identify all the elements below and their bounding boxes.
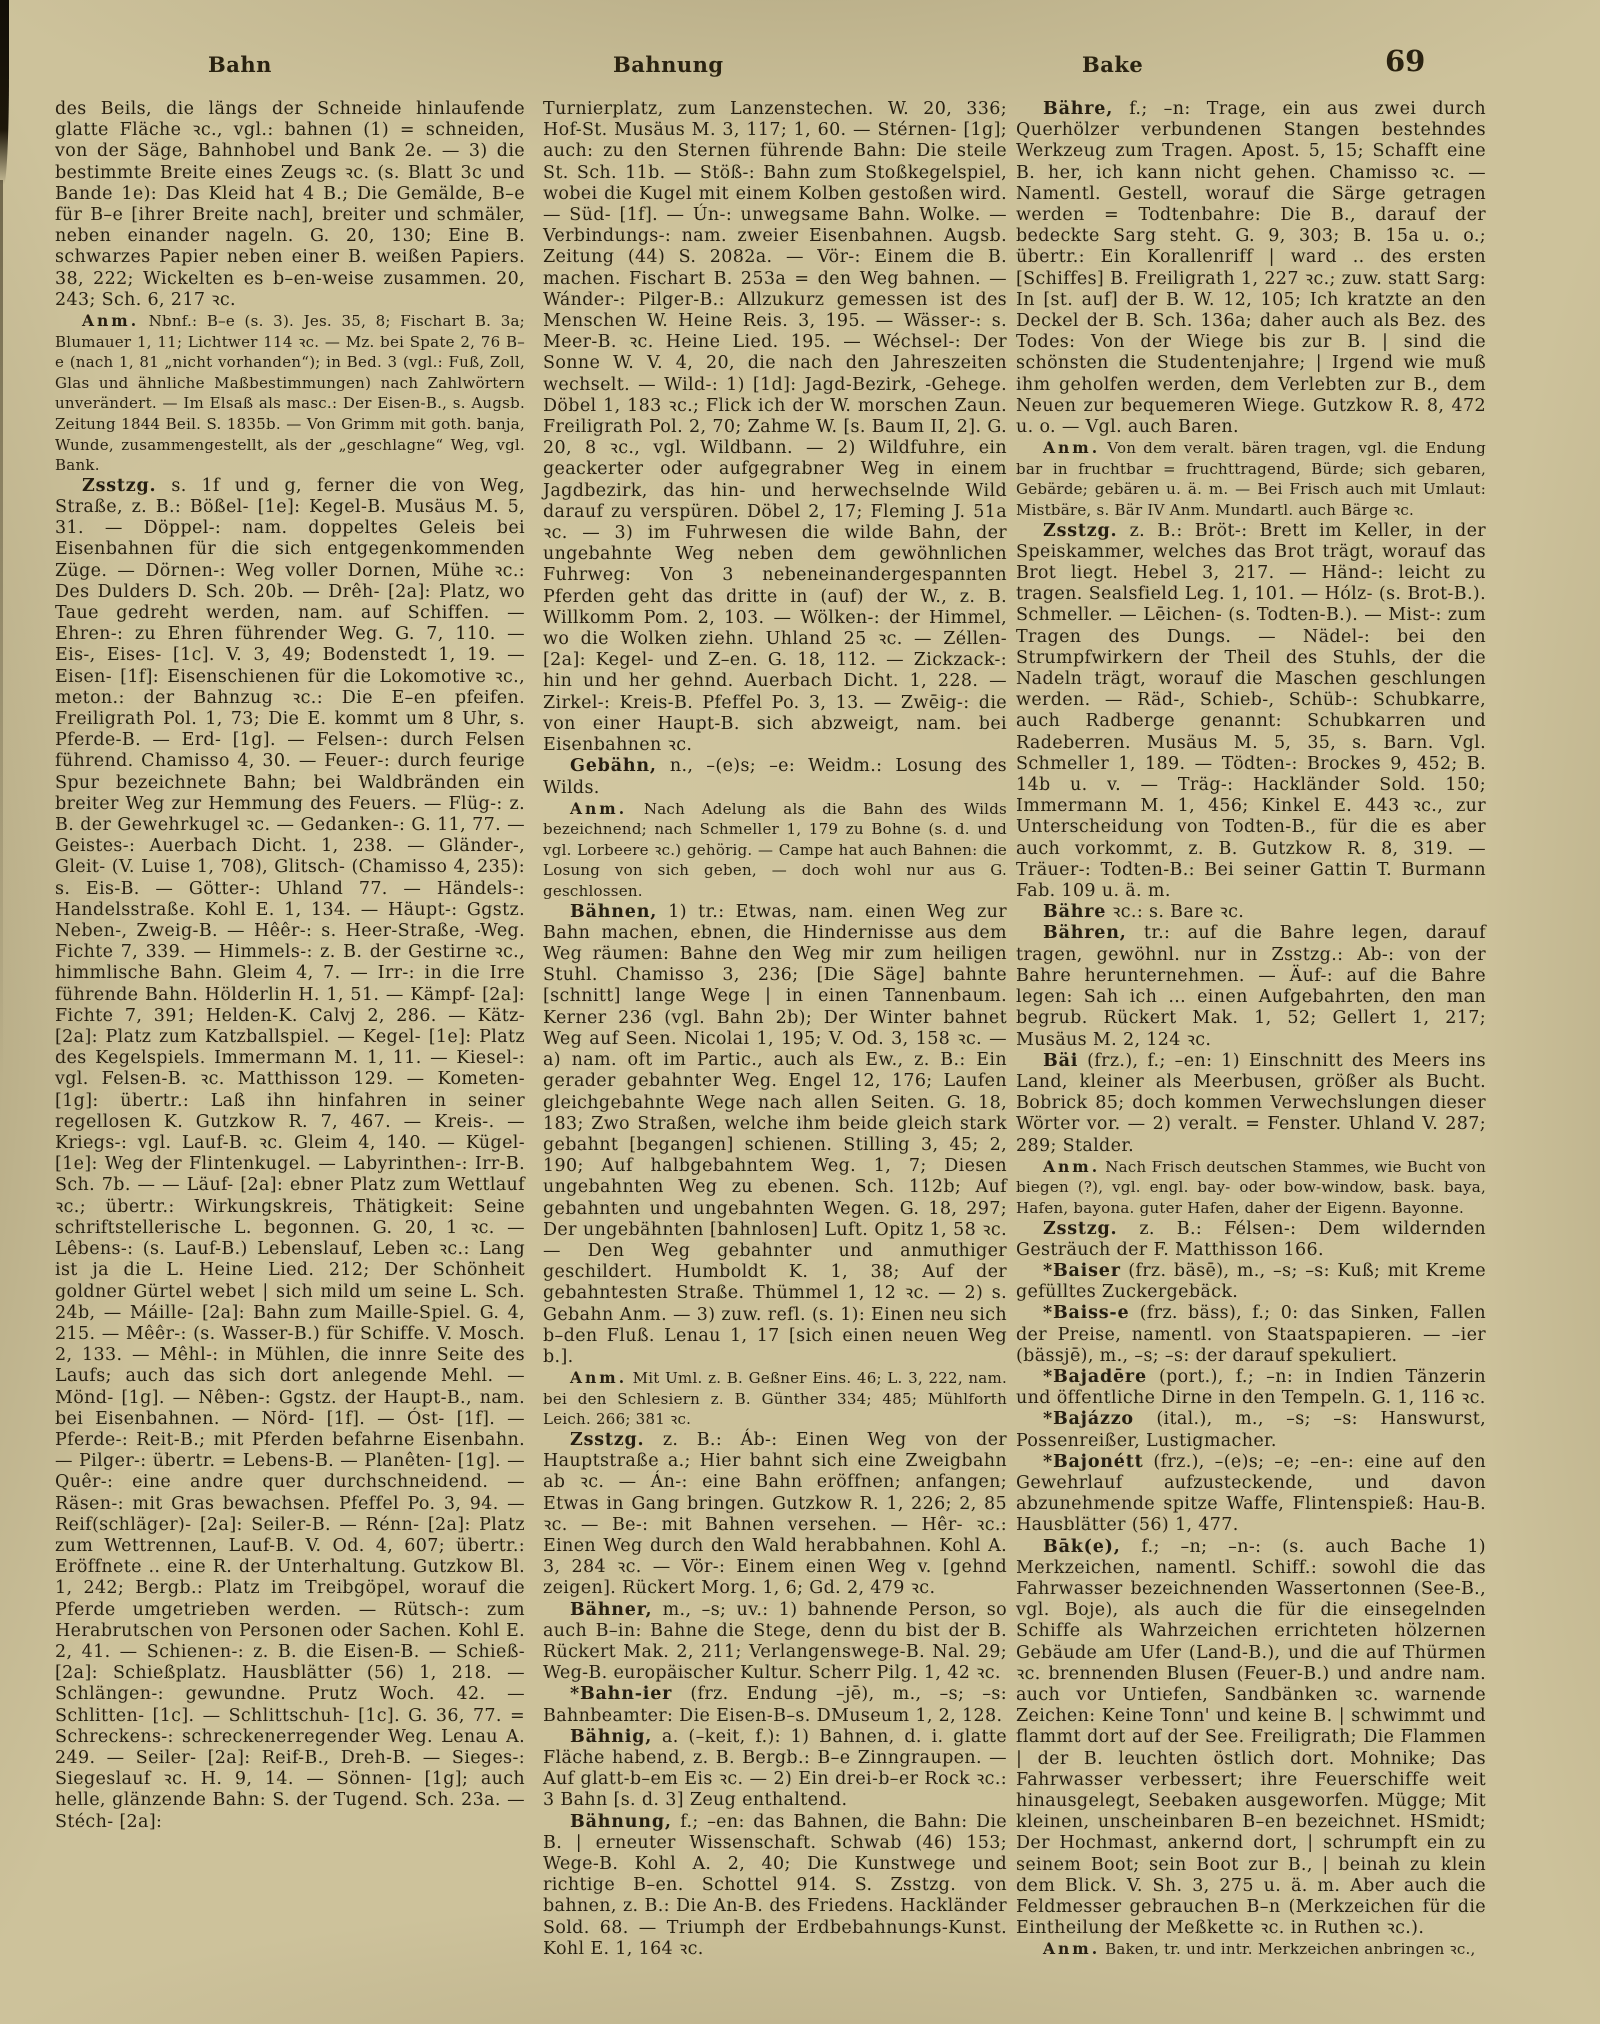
entry-paragraph: Gebähn, n., –(e)s; –e: Weidm.: Losung de… <box>543 756 1007 798</box>
entry-paragraph: Zsstzg. z. B.: Bröt-: Brett im Keller, i… <box>1016 521 1486 903</box>
entry-paragraph: *Baiss-e (frz. bäss), f.; 0: das Sinken,… <box>1016 1303 1486 1367</box>
entry-headword: *Baiser <box>1043 1261 1121 1281</box>
scan-edge-artifact <box>0 0 9 185</box>
entry-headword: Bāk(e), <box>1043 1537 1121 1557</box>
entry-paragraph: Bähner, m., –s; uv.: 1) bahnende Person,… <box>543 1600 1007 1685</box>
entry-headword: *Bajonétt <box>1043 1452 1144 1472</box>
running-head-word-right: Bake <box>1082 52 1143 77</box>
entry-headword: Bäi <box>1043 1051 1078 1071</box>
entry-headword: *Bahn-ier <box>570 1684 672 1704</box>
annotation-paragraph: Anm. Von dem veralt. bären tragen, vgl. … <box>1016 438 1486 520</box>
scan-edge-shadow <box>0 180 3 1080</box>
entry-paragraph: Bähren, tr.: auf die Bahre legen, darauf… <box>1016 923 1486 1050</box>
entry-headword: Anm. <box>1043 438 1100 457</box>
entry-headword: Bähnig, <box>570 1727 652 1747</box>
entry-paragraph: Bähre, f.; –n: Trage, ein aus zwei durch… <box>1016 99 1486 438</box>
entry-paragraph: *Baiser (frz. bäsē), m., –s; –s: Kuß; mi… <box>1016 1261 1486 1303</box>
text-column-2: Turnierplatz, zum Lanzenstechen. W. 20, … <box>543 99 1007 1960</box>
annotation-paragraph: Anm. Mit Uml. z. B. Geßner Eins. 46; L. … <box>543 1368 1007 1430</box>
entry-headword: Bähnung, <box>570 1812 672 1832</box>
entry-paragraph: Zsstzg. z. B.: Áb-: Einen Weg von der Ha… <box>543 1430 1007 1600</box>
entry-headword: Anm. <box>1043 1939 1100 1958</box>
text-column-1: des Beils, die längs der Schneide hinlau… <box>55 99 525 1833</box>
entry-headword: Bähner, <box>570 1600 652 1620</box>
running-head-word-center: Bahnung <box>613 52 724 77</box>
entry-paragraph: Zsstzg. s. 1f und g, ferner die von Weg,… <box>55 476 525 1833</box>
entry-headword: Anm. <box>570 1368 627 1387</box>
entry-paragraph: des Beils, die längs der Schneide hinlau… <box>55 99 525 311</box>
dictionary-page: Bahn Bahnung Bake 69 des Beils, die läng… <box>0 0 1600 2024</box>
text-column-3: Bähre, f.; –n: Trage, ein aus zwei durch… <box>1016 99 1486 1960</box>
entry-paragraph: Turnierplatz, zum Lanzenstechen. W. 20, … <box>543 99 1007 756</box>
entry-headword: Anm. <box>570 799 627 818</box>
entry-paragraph: *Bajázzo (ital.), m., –s; –s: Hanswurst,… <box>1016 1409 1486 1451</box>
entry-headword: Anm. <box>1043 1157 1100 1176</box>
entry-paragraph: *Bajadēre (port.), f.; –n: in Indien Tän… <box>1016 1367 1486 1409</box>
annotation-paragraph: Anm. Nach Adelung als die Bahn des Wilds… <box>543 799 1007 902</box>
running-head-word-left: Bahn <box>208 52 272 77</box>
entry-headword: Zsstzg. <box>570 1430 644 1450</box>
annotation-paragraph: Anm. Baken, tr. und intr. Merkzeichen an… <box>1016 1939 1486 1960</box>
entry-paragraph: *Bahn-ier (frz. Endung –jē), m., –s; –s:… <box>543 1684 1007 1726</box>
entry-paragraph: Bähre ꝛc.: s. Bare ꝛc. <box>1016 902 1486 923</box>
entry-headword: Bähre, <box>1043 99 1113 119</box>
annotation-paragraph: Anm. Nach Frisch deutschen Stammes, wie … <box>1016 1157 1486 1219</box>
entry-paragraph: *Bajonétt (frz.), –(e)s; –e; –en-: eine … <box>1016 1452 1486 1537</box>
entry-headword: *Bajázzo <box>1043 1409 1134 1429</box>
entry-paragraph: Bähnig, a. (–keit, f.): 1) Bahnen, d. i.… <box>543 1727 1007 1812</box>
entry-paragraph: Bähnung, f.; –en: das Bahnen, die Bahn: … <box>543 1812 1007 1960</box>
running-head: Bahn Bahnung Bake 69 <box>0 52 1600 86</box>
entry-paragraph: Zsstzg. z. B.: Félsen-: Dem wildernden G… <box>1016 1219 1486 1261</box>
page-number: 69 <box>1385 44 1425 78</box>
entry-paragraph: Bāk(e), f.; –n; –n-: (s. auch Bache 1) M… <box>1016 1537 1486 1940</box>
entry-headword: Gebähn, <box>570 756 657 776</box>
entry-paragraph: Bäi (frz.), f.; –en: 1) Einschnitt des M… <box>1016 1051 1486 1157</box>
annotation-paragraph: Anm. Nbnf.: B–e (s. 3). Jes. 35, 8; Fisc… <box>55 311 525 476</box>
entry-headword: Bähnen, <box>570 902 657 922</box>
entry-headword: Zsstzg. <box>82 476 156 496</box>
entry-headword: Bähren, <box>1043 923 1127 943</box>
entry-headword: Bähre <box>1043 902 1106 922</box>
entry-headword: Anm. <box>82 311 139 330</box>
entry-paragraph: Bähnen, 1) tr.: Etwas, nam. einen Weg zu… <box>543 902 1007 1368</box>
entry-headword: *Baiss-e <box>1043 1303 1129 1323</box>
entry-headword: Zsstzg. <box>1043 1219 1117 1239</box>
entry-headword: *Bajadēre <box>1043 1367 1147 1387</box>
entry-headword: Zsstzg. <box>1043 521 1117 541</box>
